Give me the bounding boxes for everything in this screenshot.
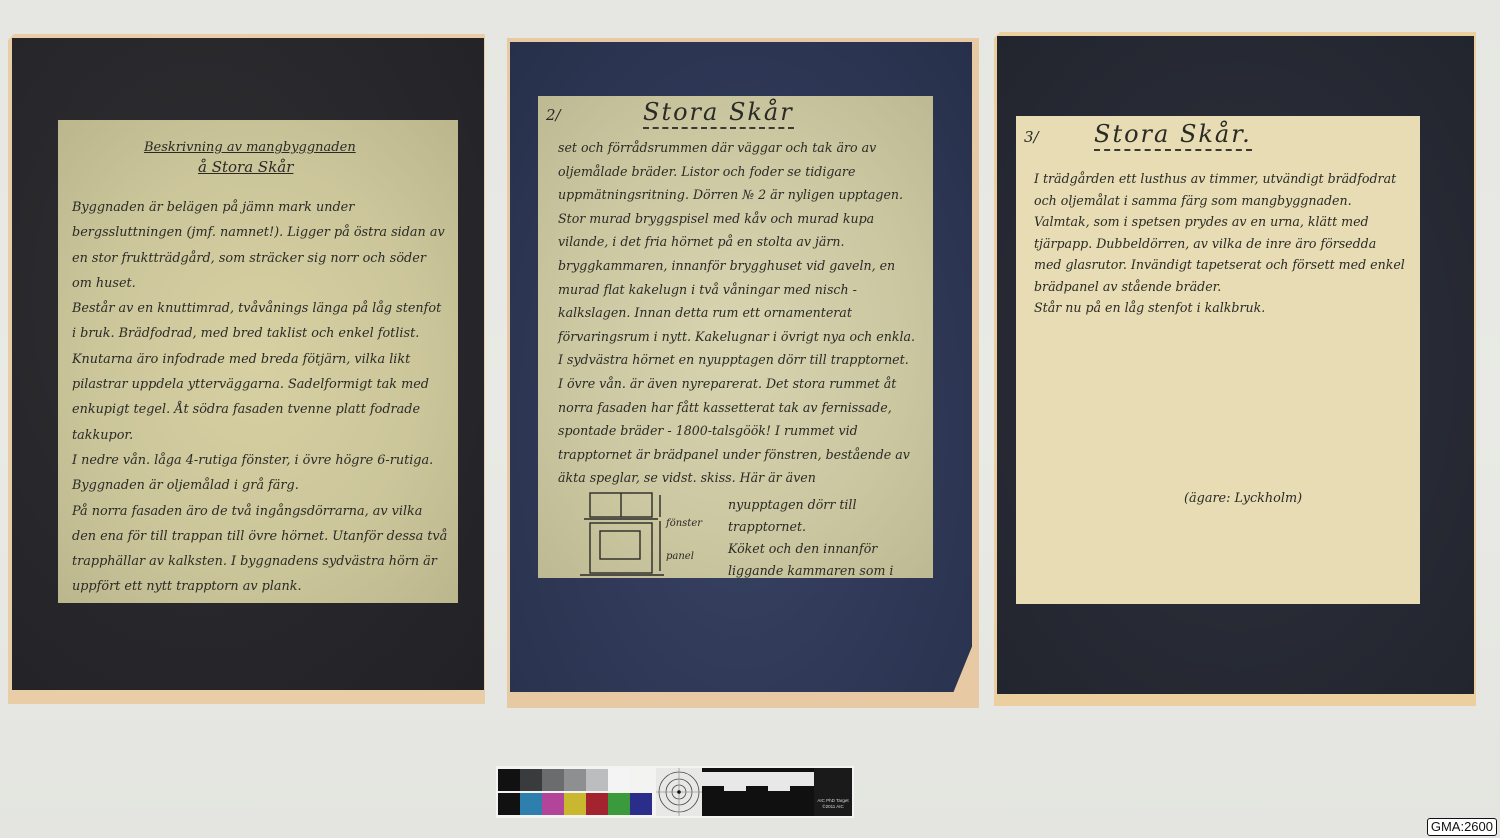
magenta-patch [542,793,564,815]
page-title: Stora Skår. [1094,120,1252,151]
focus-target [656,768,702,816]
page-number: 2/ [546,106,561,124]
handwritten-page-3: 3/ Stora Skår. I trädgården ett lusthus … [1016,116,1420,604]
bullseye-icon [656,768,702,816]
cyan-patch [520,793,542,815]
handwritten-page-2: 2/ Stora Skår set och förrådsrummen där … [538,96,933,578]
color-patches [498,793,652,815]
target-brand-label: AIC PhD Target ©2011 AIC [814,768,852,816]
red-patch [586,793,608,815]
measurement-scale [702,768,814,816]
blue-patch [630,793,652,815]
gray-scale-patches [498,769,630,791]
black-patch [498,793,520,815]
page-subtitle: å Stora Skår [198,158,293,176]
page-body-text-continued: nyupptagen dörr till trapptornet. Köket … [728,494,928,578]
gray-patch [564,769,586,791]
yellow-patch [564,793,586,815]
page-title: Beskrivning av mangbyggnaden [144,140,356,155]
owner-note: (ägare: Lyckholm) [1184,491,1302,506]
gray-patch [586,769,608,791]
gray-patch [542,769,564,791]
sketch-label-window: fönster [666,518,702,529]
page-body-text: I trädgården ett lusthus av timmer, utvä… [1034,168,1406,319]
page-title: Stora Skår [643,98,794,129]
panel-sketch-icon [578,491,688,578]
ruler-strip [702,772,814,786]
green-patch [608,793,630,815]
page-body-text: Byggnaden är belägen på jämn mark under … [72,195,448,603]
handwritten-page-1: Beskrivning av mangbyggnaden å Stora Skå… [58,120,458,603]
gray-patch [520,769,542,791]
color-calibration-target: AIC PhD Target ©2011 AIC [496,766,854,818]
page-number: 3/ [1024,128,1039,146]
sketch-label-panel: panel [666,551,694,562]
page-body-text: set och förrådsrummen där väggar och tak… [558,136,923,490]
catalog-id-label: GMA:2600 [1427,818,1497,836]
gray-patch [608,769,630,791]
gray-patch [498,769,520,791]
